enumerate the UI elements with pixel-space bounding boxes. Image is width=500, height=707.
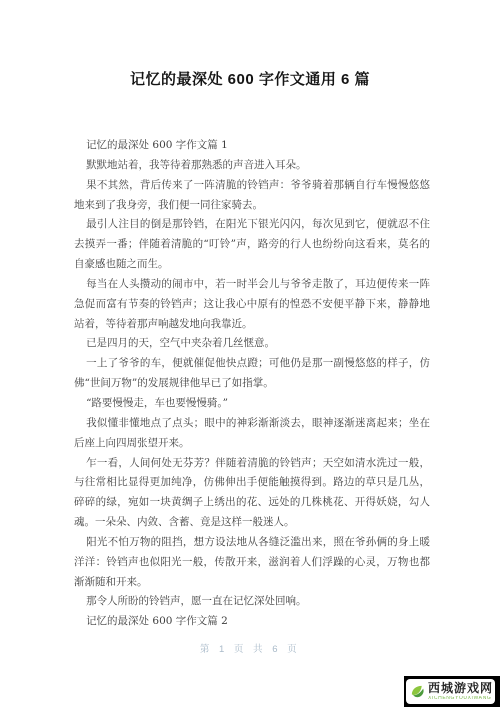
watermark-site-name: 西城游戏网 [428, 682, 492, 694]
paragraph: 已是四月的天，空气中夹杂着几丝惬意。 [74, 334, 430, 354]
paragraph: 阳光不怕万物的阻挡，想方设法地从各缝泛滥出来，照在爷孙俩的身上暖洋洋：铃铛声也似… [74, 533, 430, 593]
paragraph: 每当在人头攒动的闹市中，若一时半会儿与爷爷走散了，耳边便传来一阵急促而富有节奏的… [74, 275, 430, 335]
site-watermark[interactable]: 西城游戏网 XICHENGYOUXIWANG [404, 676, 500, 707]
paragraph: 乍一看，人间何处无芬芳？伴随着清脆的铃铛声；天空如清水洗过一般，与往常相比显得更… [74, 454, 430, 533]
paragraph: 果不其然，背后传来了一阵清脆的铃铛声：爷爷骑着那辆自行车慢慢悠悠地来到了我身旁，… [74, 176, 430, 216]
paragraph: 一上了爷爷的车，便就催促他快点蹬；可他仍是那一副慢悠悠的样子，仿佛“世间万物”的… [74, 354, 430, 394]
paragraph: 最引人注目的倒是那铃铛，在阳光下银光闪闪，每次见到它，便就忍不住去摸弄一番；伴随… [74, 215, 430, 275]
site-watermark-box: 西城游戏网 XICHENGYOUXIWANG [406, 679, 495, 704]
paragraph: 那令人所盼的铃铛声，愿一直在记忆深处回响。 [74, 592, 430, 612]
article-body: 记忆的最深处 600 字作文篇 1默默地站着，我等待着那熟悉的声音进入耳朵。果不… [74, 136, 430, 632]
paragraph: “路要慢慢走，车也要慢慢骑。” [74, 394, 430, 414]
paragraph: 记忆的最深处 600 字作文篇 1 [74, 136, 430, 156]
paragraph: 记忆的最深处 600 字作文篇 2 [74, 612, 430, 632]
page-indicator: 第 1 页 共 6 页 [0, 641, 500, 655]
paragraph: 默默地站着，我等待着那熟悉的声音进入耳朵。 [74, 156, 430, 176]
site-watermark-text: 西城游戏网 XICHENGYOUXIWANG [428, 682, 492, 701]
paragraph: 我似懂非懂地点了点头；眼中的神彩渐渐淡去，眼神逐渐迷离起来；坐在后座上向四周张望… [74, 414, 430, 454]
page-title: 记忆的最深处 600 字作文通用 6 篇 [0, 68, 500, 89]
leaf-icon [409, 683, 426, 700]
watermark-subtext: XICHENGYOUXIWANG [428, 696, 492, 701]
document-page: 记忆的最深处 600 字作文通用 6 篇 记忆的最深处 600 字作文篇 1默默… [0, 0, 500, 707]
